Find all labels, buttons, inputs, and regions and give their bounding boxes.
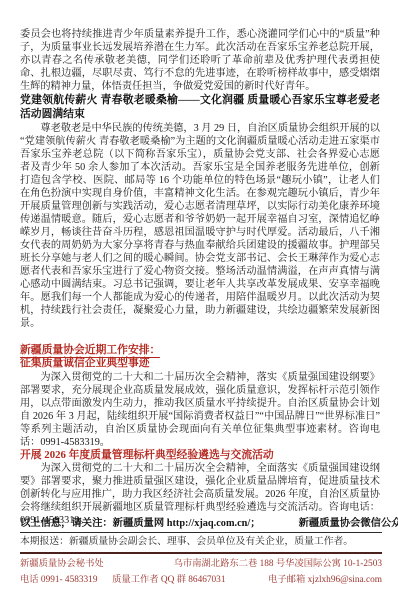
distribution-line: 本期报送：新疆质量协会副会长、理事、会员单位及有关企业，质量工作者。 — [20, 536, 382, 549]
phone-number: 电话 0991- 4583319 — [20, 574, 97, 586]
contact-footer: 新疆质量协会秘书处 乌市南湖北路东二巷 188 号华凌国际公寓 10-1-250… — [20, 558, 382, 586]
notice-row: 以上信息，请关注：新疆质量网 http://xjaq.com.cn/； 新疆质量… — [20, 499, 382, 532]
notice-text: 以上信息，请关注：新疆质量网 http://xjaq.com.cn/； — [20, 514, 261, 529]
lead-paragraph: 委员会也将持续推进青少年质量素养提升工作，悉心浇灌同学们心中的“质量”种子，为质… — [20, 28, 380, 93]
email-address: 电子邮箱 xjzlxh96@sina.com — [268, 574, 382, 586]
divider-top — [20, 532, 382, 533]
website-link[interactable]: http://xjaq.com.cn/； — [167, 518, 261, 529]
divider-thick — [20, 552, 382, 554]
newsletter-page: 委员会也将持续推进青少年质量素养提升工作，悉心浇灌同学们心中的“质量”种子，为质… — [0, 0, 398, 602]
schedule-heading-text: 新疆质量协会近期工作安排： — [20, 344, 160, 358]
schedule-item-1-title: 征集质量诚信企业典型事迹 — [20, 357, 380, 371]
office-name: 新疆质量协会秘书处 — [20, 558, 104, 570]
schedule-item-1-body: 为深入贯彻党的二十大和二十届历次全会精神，落实《质量强国建设纲要》部署要求，充分… — [20, 371, 380, 449]
article-body: 尊老敬老是中华民族的传统美德，3 月 29 日，自治区质量协会组织开展的以“党建… — [20, 122, 380, 330]
schedule-item-2-title: 开展 2026 年度质量管理标杆典型经验遴选与交流活动 — [20, 449, 380, 463]
footer-row-1: 新疆质量协会秘书处 乌市南湖北路东二巷 188 号华凌国际公寓 10-1-250… — [20, 558, 382, 570]
qq-group: 质量工作者 QQ 群 86467031 — [112, 574, 225, 586]
schedule-heading: 新疆质量协会近期工作安排： — [20, 343, 380, 357]
office-address: 乌市南湖北路东二巷 188 号华凌国际公寓 10-1-2503 — [174, 558, 382, 570]
footer-row-2: 电话 0991- 4583319 质量工作者 QQ 群 86467031 电子邮… — [20, 574, 382, 586]
article-title: 党建领航传薪火 青春敬老暖桑榆——文化润疆 质量暖心吾家乐宝尊老爱老活动圆满结束 — [20, 94, 380, 121]
page-content: 委员会也将持续推进青少年质量素养提升工作，悉心浇灌同学们心中的“质量”种子，为质… — [20, 28, 380, 527]
notice-prefix: 以上信息，请关注：新疆质量网 — [20, 518, 167, 529]
wechat-account-label: 新疆质量协会微信公众号 — [299, 514, 398, 529]
page-footer-block: 以上信息，请关注：新疆质量网 http://xjaq.com.cn/； 新疆质量… — [20, 499, 382, 587]
